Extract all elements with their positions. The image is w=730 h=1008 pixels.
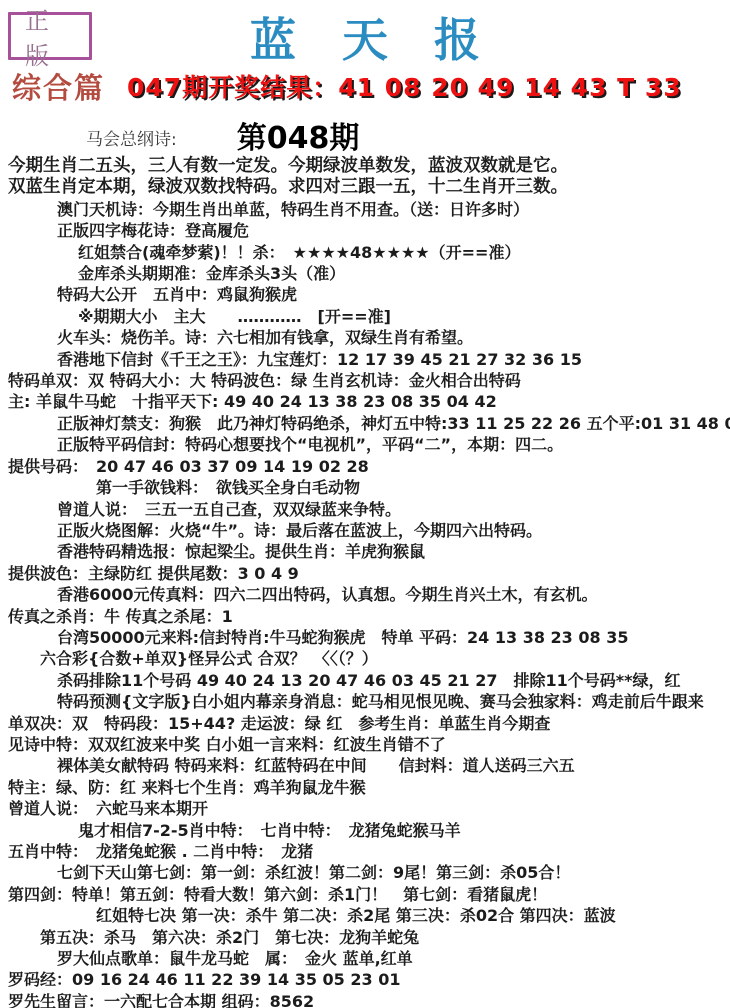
report-line-kill-codes: 杀码排除11个号码 49 40 24 13 20 47 46 03 45 21 …	[0, 670, 730, 691]
report-line-wave-color: 提供波色：主绿防红 提供尾数：3 0 4 9	[0, 563, 730, 584]
page-header: 正版 蓝天报 综合篇 047期开奖结果：41 08 20 49 14 43 T …	[0, 0, 730, 112]
report-line-seven-decisions-2: 第五决：杀马 第六决：杀2门 第七决：龙狗羊蛇兔	[0, 927, 730, 948]
report-line-big-small: ※期期大小 主大 ………… [开==准]	[0, 306, 730, 327]
report-line-main-zodiac: 主: 羊鼠牛马蛇 十指平天下: 49 40 24 13 38 23 08 35 …	[0, 391, 730, 412]
tips-body: 今期生肖二五头，三人有数一定发。今期绿波单数发，蓝波双数就是它。 双蓝生肖定本期…	[0, 156, 730, 1008]
report-line-main-guard: 特主：绿、防：红 来料七个生肖：鸡羊狗鼠龙牛猴	[0, 777, 730, 798]
report-line-outline-poem-2: 双蓝生肖定本期，绿波双数找特码。求四对三跟一五，十二生肖开三数。	[0, 177, 730, 198]
report-line-provided-numbers: 提供号码： 20 47 46 03 37 09 14 19 02 28	[0, 456, 730, 477]
masthead-row: 马会总纲诗: 第048期	[0, 116, 730, 154]
issue-number: 第048期	[237, 124, 360, 154]
report-line-five-zodiac: 特码大公开 五肖中：鸡鼠狗猴虎	[0, 284, 730, 305]
report-line-fire-diagram: 正版火烧图解：火烧“牛”。诗：最后落在蓝波上，今期四六出特码。	[0, 520, 730, 541]
masthead-poem-label: 马会总纲诗:	[86, 125, 177, 154]
report-line-seven-swords-2: 第四剑：特单！第五剑：特看大数！第六剑：杀1门！ 第七剑：看猪鼠虎！	[0, 884, 730, 905]
report-line-odd-even: 特码单双：双 特码大小：大 特码波色：绿 生肖玄机诗：金火相合出特码	[0, 370, 730, 391]
report-line-seven-decisions-1: 红姐特七决 第一决：杀牛 第二决：杀2尾 第三决：杀02合 第四决：蓝波	[0, 905, 730, 926]
report-line-poem-win: 见诗中特：双双红波来中奖 白小姐一言来料：红波生肖错不了	[0, 734, 730, 755]
report-line-money-tip: 第一手欲钱料： 欲钱买全身白毛动物	[0, 477, 730, 498]
previous-draw-result: 047期开奖结果：41 08 20 49 14 43 T 33	[127, 68, 682, 104]
report-line-five-two-zodiac: 五肖中特： 龙猪兔蛇猴 . 二肖中特： 龙猪	[0, 841, 730, 862]
report-line-genius-7-2-5: 鬼才相信7-2-5肖中特： 七肖中特： 龙猪兔蛇猴马羊	[0, 820, 730, 841]
report-line-taiwan-50000: 台湾50000元来料:信封特肖:牛马蛇狗猴虎 特单 平码：24 13 38 23…	[0, 627, 730, 648]
report-line-outline-poem-1: 今期生肖二五头，三人有数一定发。今期绿波单数发，蓝波双数就是它。	[0, 156, 730, 177]
report-line-special-envelope: 正版特平码信封：特码心想要找个“电视机”，平码“二”，本期：四二。	[0, 434, 730, 455]
report-line-luo-message: 罗先生留言：一六配七合本期 组码：8562	[0, 991, 730, 1008]
section-label: 综合篇	[12, 66, 105, 107]
report-line-odd-even-decision: 单双决：双 特码段：15+44? 走运波：绿 红 参考生肖：单蓝生肖今期查	[0, 713, 730, 734]
report-line-luo-codes: 罗码经：09 16 24 46 11 22 39 14 35 05 23 01	[0, 969, 730, 990]
newspaper-page: 正版 蓝天报 综合篇 047期开奖结果：41 08 20 49 14 43 T …	[0, 0, 730, 1008]
report-line-seven-swords-1: 七剑下天山第七剑：第一剑：杀红波！第二剑：9尾！第三剑：杀05合！	[0, 862, 730, 883]
report-line-magic-lamp: 正版神灯禁支：狗猴 此乃神灯特码绝杀，神灯五中特:33 11 25 22 26 …	[0, 413, 730, 434]
report-line-immortal-song: 罗大仙点歌单：鼠牛龙马蛇 属： 金火 蓝单,红单	[0, 948, 730, 969]
subheader-row: 综合篇 047期开奖结果：41 08 20 49 14 43 T 33	[0, 66, 730, 107]
report-line-hk-6000-fax: 香港6000元传真料：四六二四出特码，认真想。今期生肖兴土木，有玄机。	[0, 584, 730, 605]
report-line-fax-kill: 传真之杀肖：牛 传真之杀尾：1	[0, 606, 730, 627]
report-line-zengdaoren-1: 曾道人说： 三五一五自己查，双双绿蓝来争特。	[0, 499, 730, 520]
report-line-beauty-code: 裸体美女献特码 特码来料：红蓝特码在中间 信封料：道人送码三六五	[0, 755, 730, 776]
report-line-macau-poem: 澳门天机诗：今期生肖出单蓝，特码生肖不用查。（送：日许多时）	[0, 199, 730, 220]
report-line-plum-poem: 正版四字梅花诗：登高履危	[0, 220, 730, 241]
report-line-train-head: 火车头：烧伤羊。诗：六七相加有钱拿，双绿生肖有希望。	[0, 327, 730, 348]
report-line-odd-formula: 六合彩{合数+单双}怪异公式 合双？ 〈〈（？）	[0, 648, 730, 669]
paper-title: 蓝天报	[0, 4, 730, 70]
report-line-zengdaoren-2: 曾道人说： 六蛇马来本期开	[0, 798, 730, 819]
report-line-treasury-kill: 金库杀头期期准：金库杀头3头（准）	[0, 263, 730, 284]
report-line-hongjie-ban: 红姐禁合(魂牵梦萦)！！杀： ★★★★48★★★★（开==准）	[0, 242, 730, 263]
report-line-prediction-text: 特码预测{文字版}白小姐内幕亲身消息：蛇马相见恨见晚、赛马会独家料：鸡走前后牛跟…	[0, 691, 730, 712]
report-line-hk-selection: 香港特码精选报：惊起梁尘。提供生肖：羊虎狗猴鼠	[0, 541, 730, 562]
report-line-hk-envelope: 香港地下信封《千王之王》：九宝莲灯：12 17 39 45 21 27 32 3…	[0, 349, 730, 370]
